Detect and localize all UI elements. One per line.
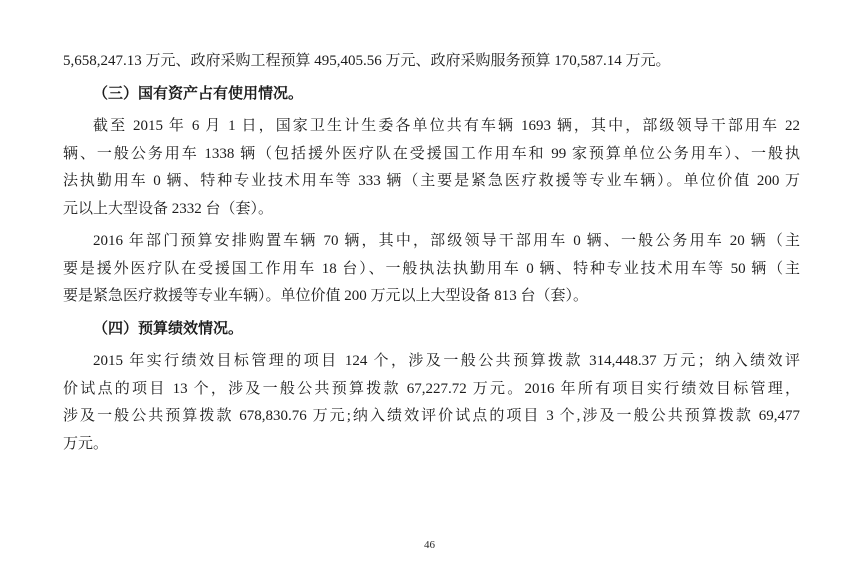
paragraph-line: 要是援外医疗队在受援国工作用车 18 台）、一般执法执勤用车 0 辆、特种专业技… xyxy=(63,256,800,284)
section-heading-text: （三）国有资产占有使用情况。 xyxy=(63,81,800,109)
paragraph-line: 截至 2015 年 6 月 1 日，国家卫生计生委各单位共有车辆 1693 辆，… xyxy=(63,113,800,141)
paragraph-line: 法执勤用车 0 辆、特种专业技术用车等 333 辆（主要是紧急医疗救援等专业车辆… xyxy=(63,168,800,196)
section-heading-text: （四）预算绩效情况。 xyxy=(63,316,800,344)
paragraph-line: 涉及一般公共预算拨款 678,830.76 万元;纳入绩效评价试点的项目 3 个… xyxy=(63,403,800,431)
paragraph-line: 万元。 xyxy=(63,431,800,459)
section-heading: （四）预算绩效情况。 xyxy=(63,316,800,344)
paragraph: 2015 年实行绩效目标管理的项目 124 个，涉及一般公共预算拨款 314,4… xyxy=(63,348,800,458)
paragraph-line: 辆、一般公务用车 1338 辆（包括援外医疗队在受援国工作用车和 99 家预算单… xyxy=(63,141,800,169)
section-heading: （三）国有资产占有使用情况。 xyxy=(63,81,800,109)
page-number: 46 xyxy=(424,539,435,551)
paragraph: 截至 2015 年 6 月 1 日，国家卫生计生委各单位共有车辆 1693 辆，… xyxy=(63,113,800,223)
paragraph-line: 2016 年部门预算安排购置车辆 70 辆，其中，部级领导干部用车 0 辆、一般… xyxy=(63,228,800,256)
paragraph: 5,658,247.13 万元、政府采购工程预算 495,405.56 万元、政… xyxy=(63,48,800,76)
paragraph-line: 价试点的项目 13 个，涉及一般公共预算拨款 67,227.72 万元。2016… xyxy=(63,376,800,404)
document-content: 5,658,247.13 万元、政府采购工程预算 495,405.56 万元、政… xyxy=(63,43,800,458)
page-footer: 46 xyxy=(0,539,859,551)
paragraph-line: 元以上大型设备 2332 台（套）。 xyxy=(63,196,800,224)
document-page: 5,658,247.13 万元、政府采购工程预算 495,405.56 万元、政… xyxy=(0,0,859,562)
paragraph-line: 要是紧急医疗救援等专业车辆）。单位价值 200 万元以上大型设备 813 台（套… xyxy=(63,283,800,311)
paragraph-line: 5,658,247.13 万元、政府采购工程预算 495,405.56 万元、政… xyxy=(63,48,800,76)
paragraph: 2016 年部门预算安排购置车辆 70 辆，其中，部级领导干部用车 0 辆、一般… xyxy=(63,228,800,311)
paragraph-line: 2015 年实行绩效目标管理的项目 124 个，涉及一般公共预算拨款 314,4… xyxy=(63,348,800,376)
